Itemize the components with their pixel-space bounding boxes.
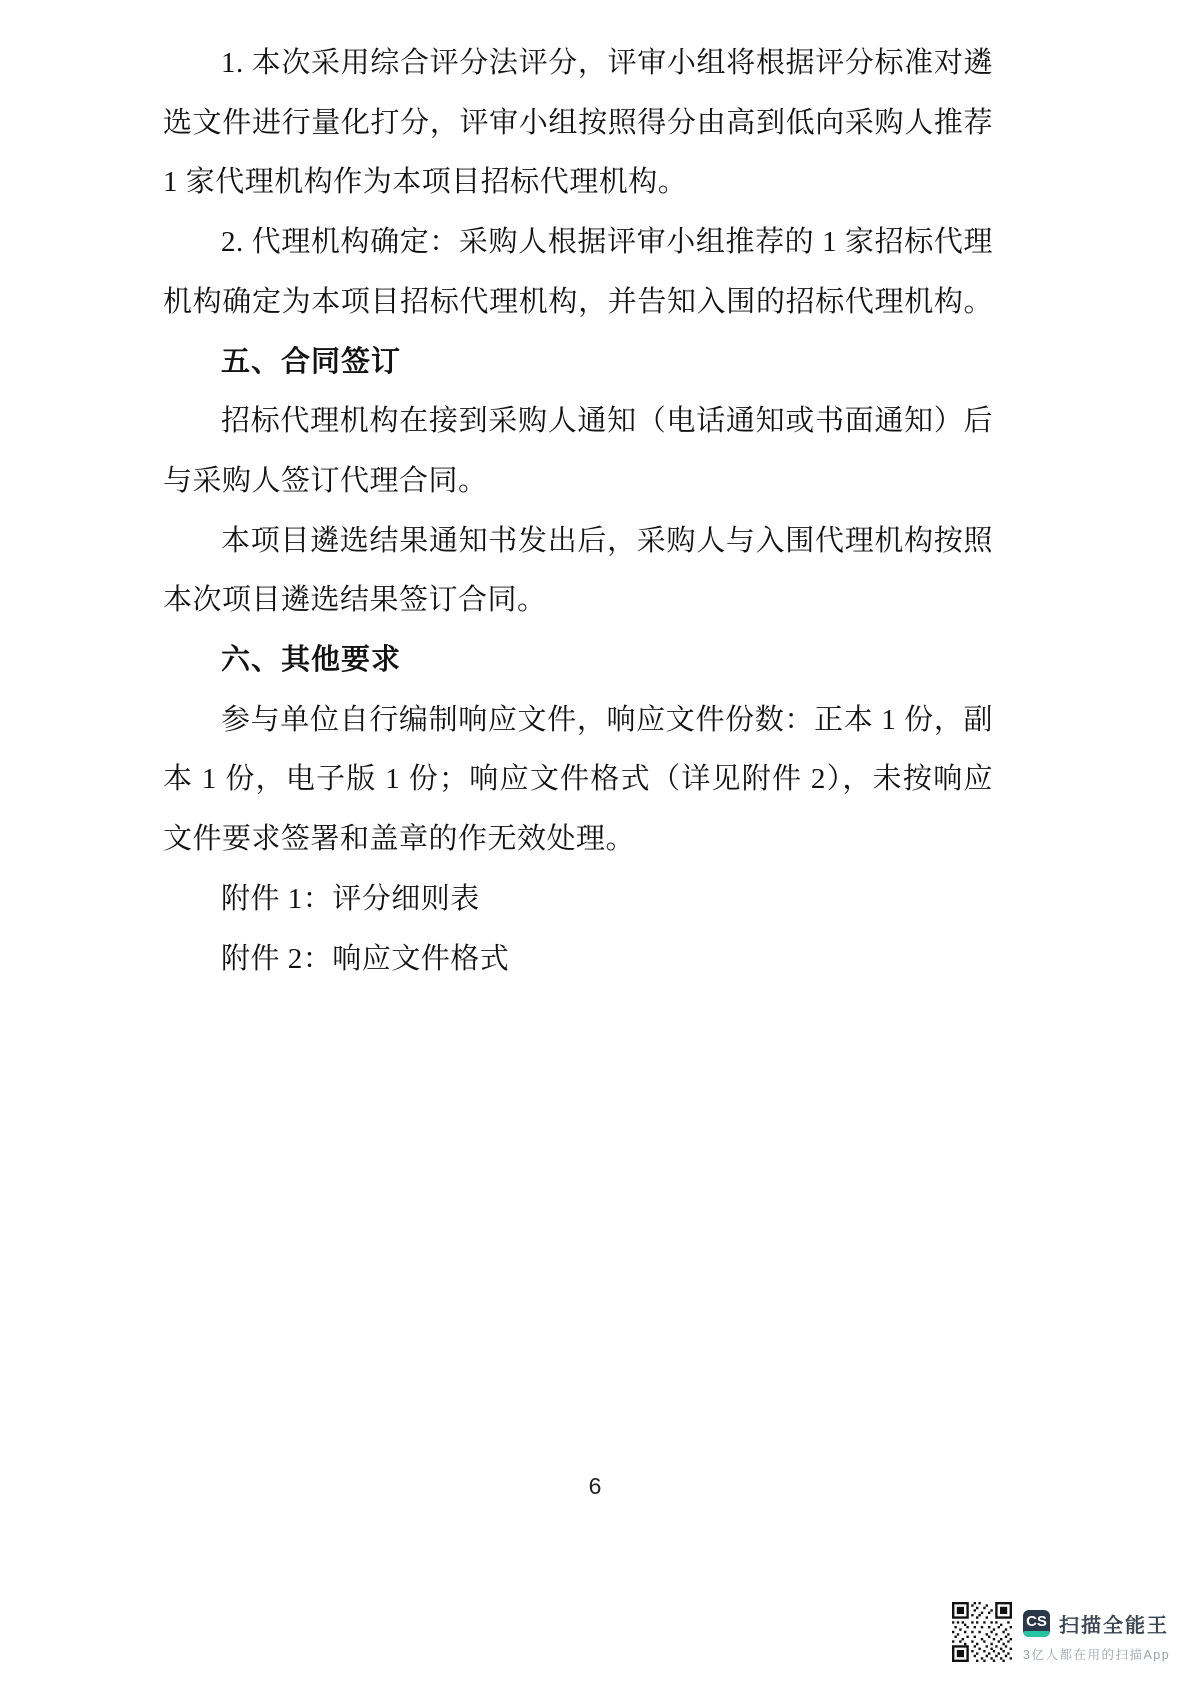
watermark-text-block: CS 扫描全能王 3亿人都在用的扫描App <box>1023 1609 1170 1663</box>
camscanner-logo-icon: CS <box>1023 1610 1050 1637</box>
section-heading-other-requirements: 六、其他要求 <box>163 631 993 691</box>
attachment-2-line: 附件 2：响应文件格式 <box>163 930 993 990</box>
body-line: 机构确定为本项目招标代理机构，并告知入围的招标代理机构。 <box>163 273 993 333</box>
body-line: 本 1 份，电子版 1 份；响应文件格式（详见附件 2），未按响应 <box>163 750 993 810</box>
body-line: 本次项目遴选结果签订合同。 <box>163 571 993 631</box>
section-heading-contract-signing: 五、合同签订 <box>163 333 993 393</box>
body-line: 参与单位自行编制响应文件，响应文件份数：正本 1 份，副 <box>163 691 993 751</box>
body-line: 2. 代理机构确定：采购人根据评审小组推荐的 1 家招标代理 <box>163 213 993 273</box>
body-line: 选文件进行量化打分，评审小组按照得分由高到低向采购人推荐 <box>163 94 993 154</box>
body-line: 本项目遴选结果通知书发出后，采购人与入围代理机构按照 <box>163 512 993 572</box>
body-line: 1 家代理机构作为本项目招标代理机构。 <box>163 153 993 213</box>
watermark-tagline: 3亿人都在用的扫描App <box>1023 1645 1170 1663</box>
camscanner-watermark: CS 扫描全能王 3亿人都在用的扫描App <box>952 1602 1170 1663</box>
scanned-document-page: { "doc": { "lines": [ { "text": "1. 本次采用… <box>0 0 1190 1684</box>
body-line: 1. 本次采用综合评分法评分，评审小组将根据评分标准对遴 <box>163 34 993 94</box>
logo-accent-bar <box>1023 1631 1050 1637</box>
body-line: 招标代理机构在接到采购人通知（电话通知或书面通知）后 <box>163 392 993 452</box>
attachment-1-line: 附件 1：评分细则表 <box>163 870 993 930</box>
document-text-block: 1. 本次采用综合评分法评分，评审小组将根据评分标准对遴 选文件进行量化打分，评… <box>163 34 993 989</box>
body-line: 文件要求签署和盖章的作无效处理。 <box>163 810 993 870</box>
body-line: 与采购人签订代理合同。 <box>163 452 993 512</box>
qr-code-icon <box>952 1602 1012 1662</box>
logo-letters: CS <box>1023 1611 1050 1633</box>
page-number: 6 <box>0 1473 1190 1500</box>
watermark-app-name: 扫描全能王 <box>1059 1609 1169 1638</box>
